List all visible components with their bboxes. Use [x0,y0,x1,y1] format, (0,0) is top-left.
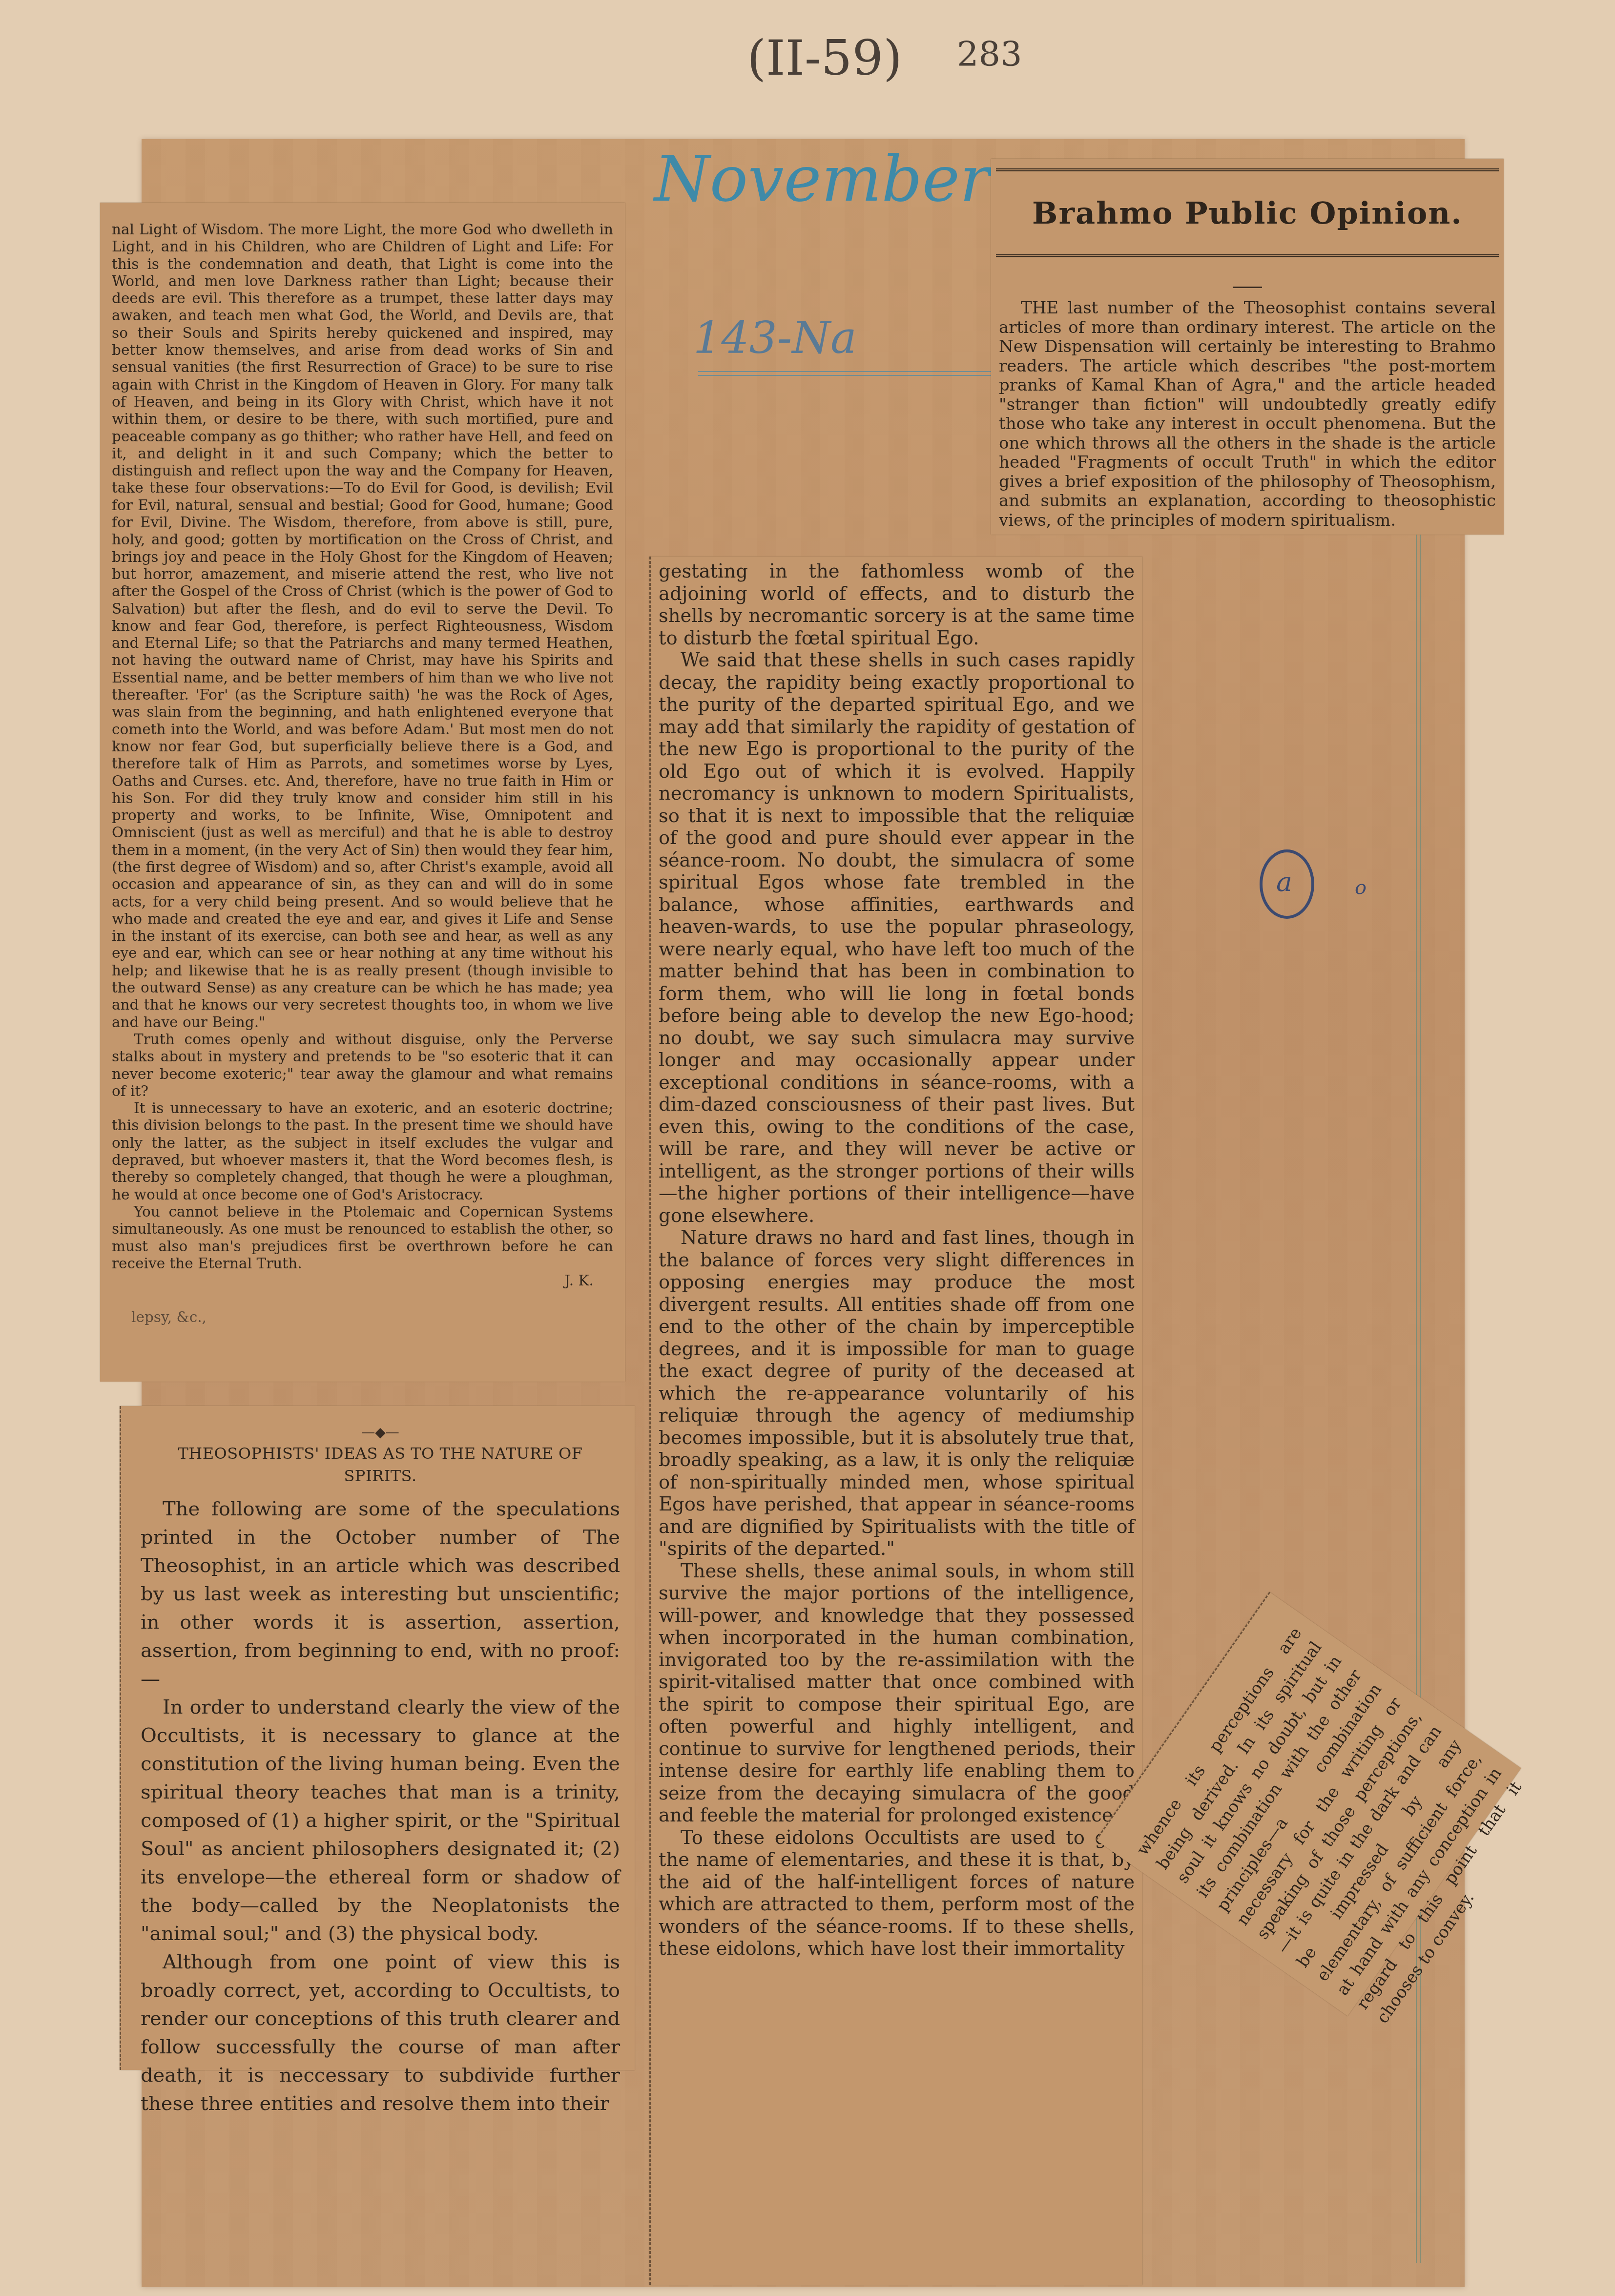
paragraph: We said that these shells in such cases … [659,649,1135,1227]
circled-mark: a [1260,849,1314,919]
clipping-middle-column: gestating in the fathomless womb of the … [649,557,1142,2285]
paragraph: Nature draws no hard and fast lines, tho… [659,1227,1135,1560]
paragraph: To these eidolons Occultists are used to… [659,1827,1135,1960]
page-number-note: 283 [957,34,1022,74]
clipping-brahmo-public-opinion: Brahmo Public Opinion. THE last number o… [991,159,1504,535]
paragraph: nal Light of Wisdom. The more Light, the… [112,221,613,1031]
ruled-line-horizontal [698,371,1035,376]
archive-reference-note: (II-59) [747,29,902,86]
paragraph: The following are some of the speculatio… [141,1495,620,1693]
pencil-mark: o [1355,876,1367,899]
paragraph: gestating in the fathomless womb of the … [659,560,1135,649]
paragraph: It is unnecessary to have an exoteric, a… [112,1100,613,1203]
article-body: THE last number of the Theosophist conta… [991,257,1504,530]
ornament-divider: —◆— [141,1426,620,1439]
paragraph: THE last number of the Theosophist conta… [999,299,1496,530]
clipping-left-column: nal Light of Wisdom. The more Light, the… [100,203,625,1382]
paragraph: Although from one point of view this is … [141,1948,620,2118]
paragraph: These shells, these animal souls, in who… [659,1560,1135,1827]
masthead-title: Brahmo Public Opinion. [1032,195,1463,231]
author-signature: J. K. [112,1272,613,1289]
paragraph: Truth comes openly and without disguise,… [112,1031,613,1100]
paragraph: In order to understand clearly the view … [141,1693,620,1948]
masthead: Brahmo Public Opinion. [996,168,1499,257]
circled-letter: a [1276,866,1292,897]
clipping-theosophists-ideas: —◆— THEOSOPHISTS' IDEAS AS TO THE NATURE… [120,1406,635,2070]
paragraph: You cannot believe in the Ptolemaic and … [112,1203,613,1272]
article-title: THEOSOPHISTS' IDEAS AS TO THE NATURE OF … [141,1442,620,1487]
month-annotation: November [654,142,990,216]
fragment-text: lepsy, &c., [112,1309,613,1326]
divider-dash [1233,287,1262,288]
catalog-ref-annotation: 143-Na [693,312,857,364]
ruled-line-vertical [1416,530,1421,2263]
